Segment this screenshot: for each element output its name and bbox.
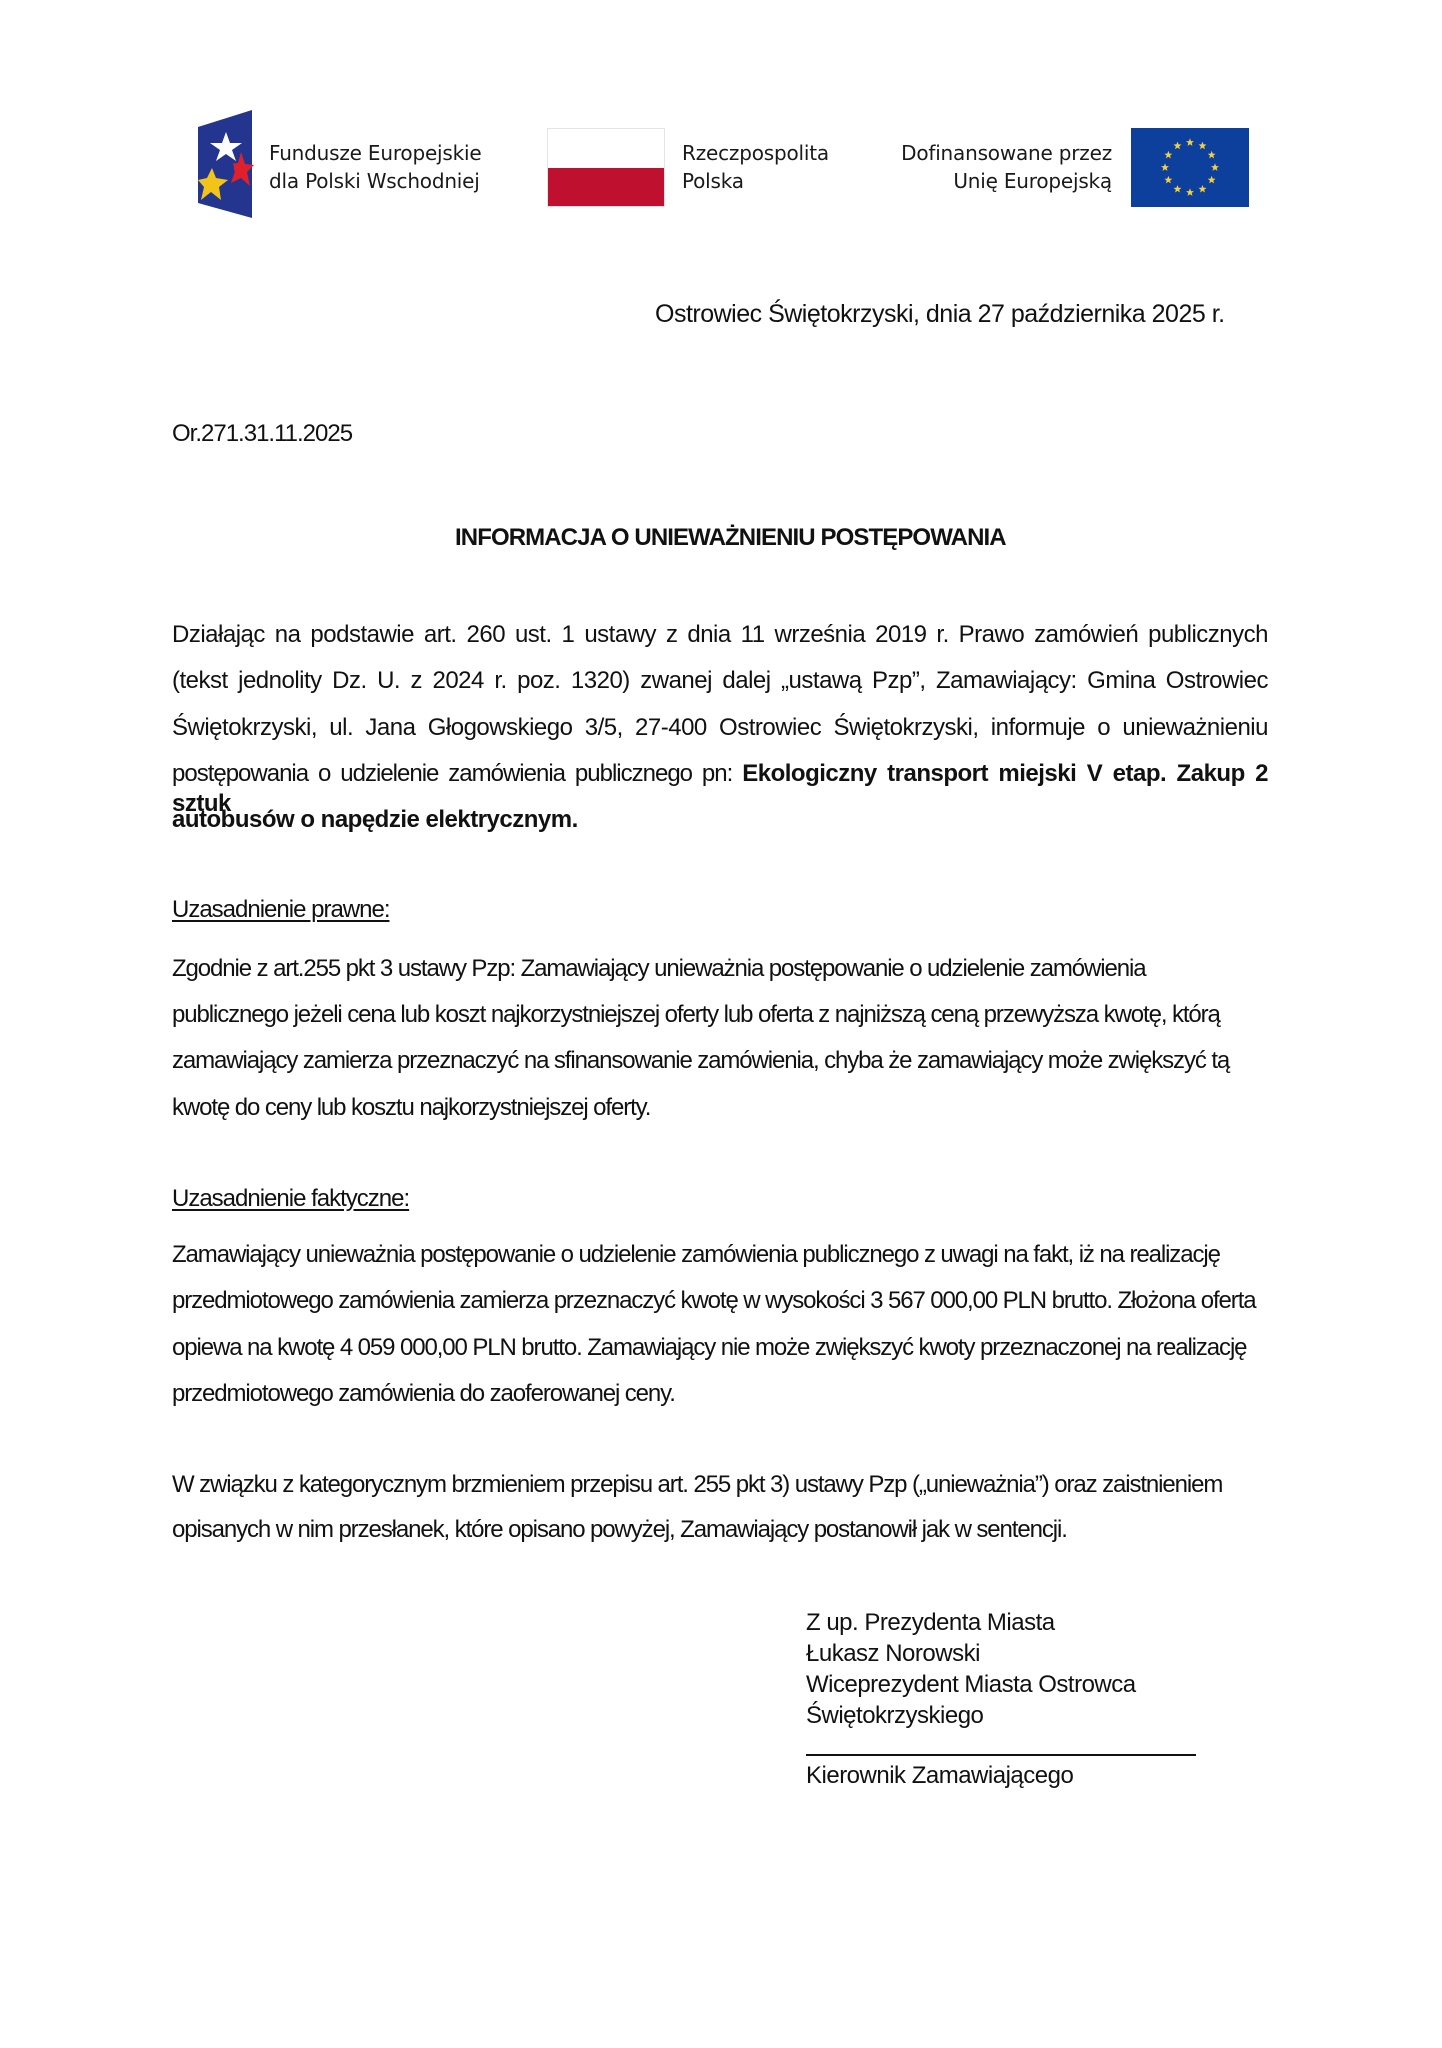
rzeczpospolita-polska-text: Rzeczpospolita Polska <box>682 139 829 195</box>
closing-line: opisanych w nim przesłanek, które opisan… <box>172 1515 1067 1545</box>
fundusze-europejskie-text: Fundusze Europejskie dla Polski Wschodni… <box>269 139 481 195</box>
document-title: INFORMACJA O UNIEWAŻNIENIU POSTĘPOWANIA <box>455 524 1006 552</box>
place-date: Ostrowiec Świętokrzyski, dnia 27 paździe… <box>655 300 1225 329</box>
fundusze-europejskie-logo-icon <box>198 110 254 218</box>
reference-number: Or.271.31.11.2025 <box>172 420 352 448</box>
intro-line: Działając na podstawie art. 260 ust. 1 u… <box>172 620 1268 650</box>
factual-line: Zamawiający unieważnia postępowanie o ud… <box>172 1240 1220 1270</box>
factual-heading: Uzasadnienie faktyczne: <box>172 1184 409 1214</box>
signer-name: Łukasz Norowski <box>806 1638 980 1669</box>
signer-title: Wiceprezydent Miasta Ostrowca <box>806 1669 1136 1700</box>
logo-text-line: Polska <box>682 167 829 195</box>
polish-flag-icon <box>547 128 665 207</box>
intro-line: (tekst jednolity Dz. U. z 2024 r. poz. 1… <box>172 666 1268 696</box>
logo-text-line: dla Polski Wschodniej <box>269 167 481 195</box>
legal-line: publicznego jeżeli cena lub koszt najkor… <box>172 1000 1220 1030</box>
signature-rule <box>806 1754 1196 1756</box>
factual-line: opiewa na kwotę 4 059 000,00 PLN brutto.… <box>172 1333 1246 1363</box>
legal-line: zamawiający zamierza przeznaczyć na sfin… <box>172 1046 1229 1076</box>
factual-line: przedmiotowego zamówienia do zaoferowane… <box>172 1379 675 1409</box>
dofinansowane-ue-text: Dofinansowane przez Unię Europejską <box>880 139 1112 195</box>
legal-heading: Uzasadnienie prawne: <box>172 895 389 925</box>
eu-flag-icon <box>1131 128 1249 207</box>
intro-line-normal: postępowania o udzielenie zamówienia pub… <box>172 760 742 787</box>
intro-line: Świętokrzyski, ul. Jana Głogowskiego 3/5… <box>172 713 1268 743</box>
signer-title-cont: Świętokrzyskiego <box>806 1700 983 1731</box>
logo-text-line: Rzeczpospolita <box>682 139 829 167</box>
legal-line: Zgodnie z art.255 pkt 3 ustawy Pzp: Zama… <box>172 954 1145 984</box>
logo-text-line: Fundusze Europejskie <box>269 139 481 167</box>
signer-role: Kierownik Zamawiającego <box>806 1760 1073 1791</box>
closing-line: W związku z kategorycznym brzmieniem prz… <box>172 1470 1222 1500</box>
legal-line: kwotę do ceny lub kosztu najkorzystniejs… <box>172 1093 650 1123</box>
logo-text-line: Dofinansowane przez <box>880 139 1112 167</box>
procurement-name-cont: autobusów o napędzie elektrycznym. <box>172 805 578 835</box>
factual-line: przedmiotowego zamówienia zamierza przez… <box>172 1286 1256 1316</box>
logo-text-line: Unię Europejską <box>880 167 1112 195</box>
signature-line: Z up. Prezydenta Miasta <box>806 1607 1055 1638</box>
